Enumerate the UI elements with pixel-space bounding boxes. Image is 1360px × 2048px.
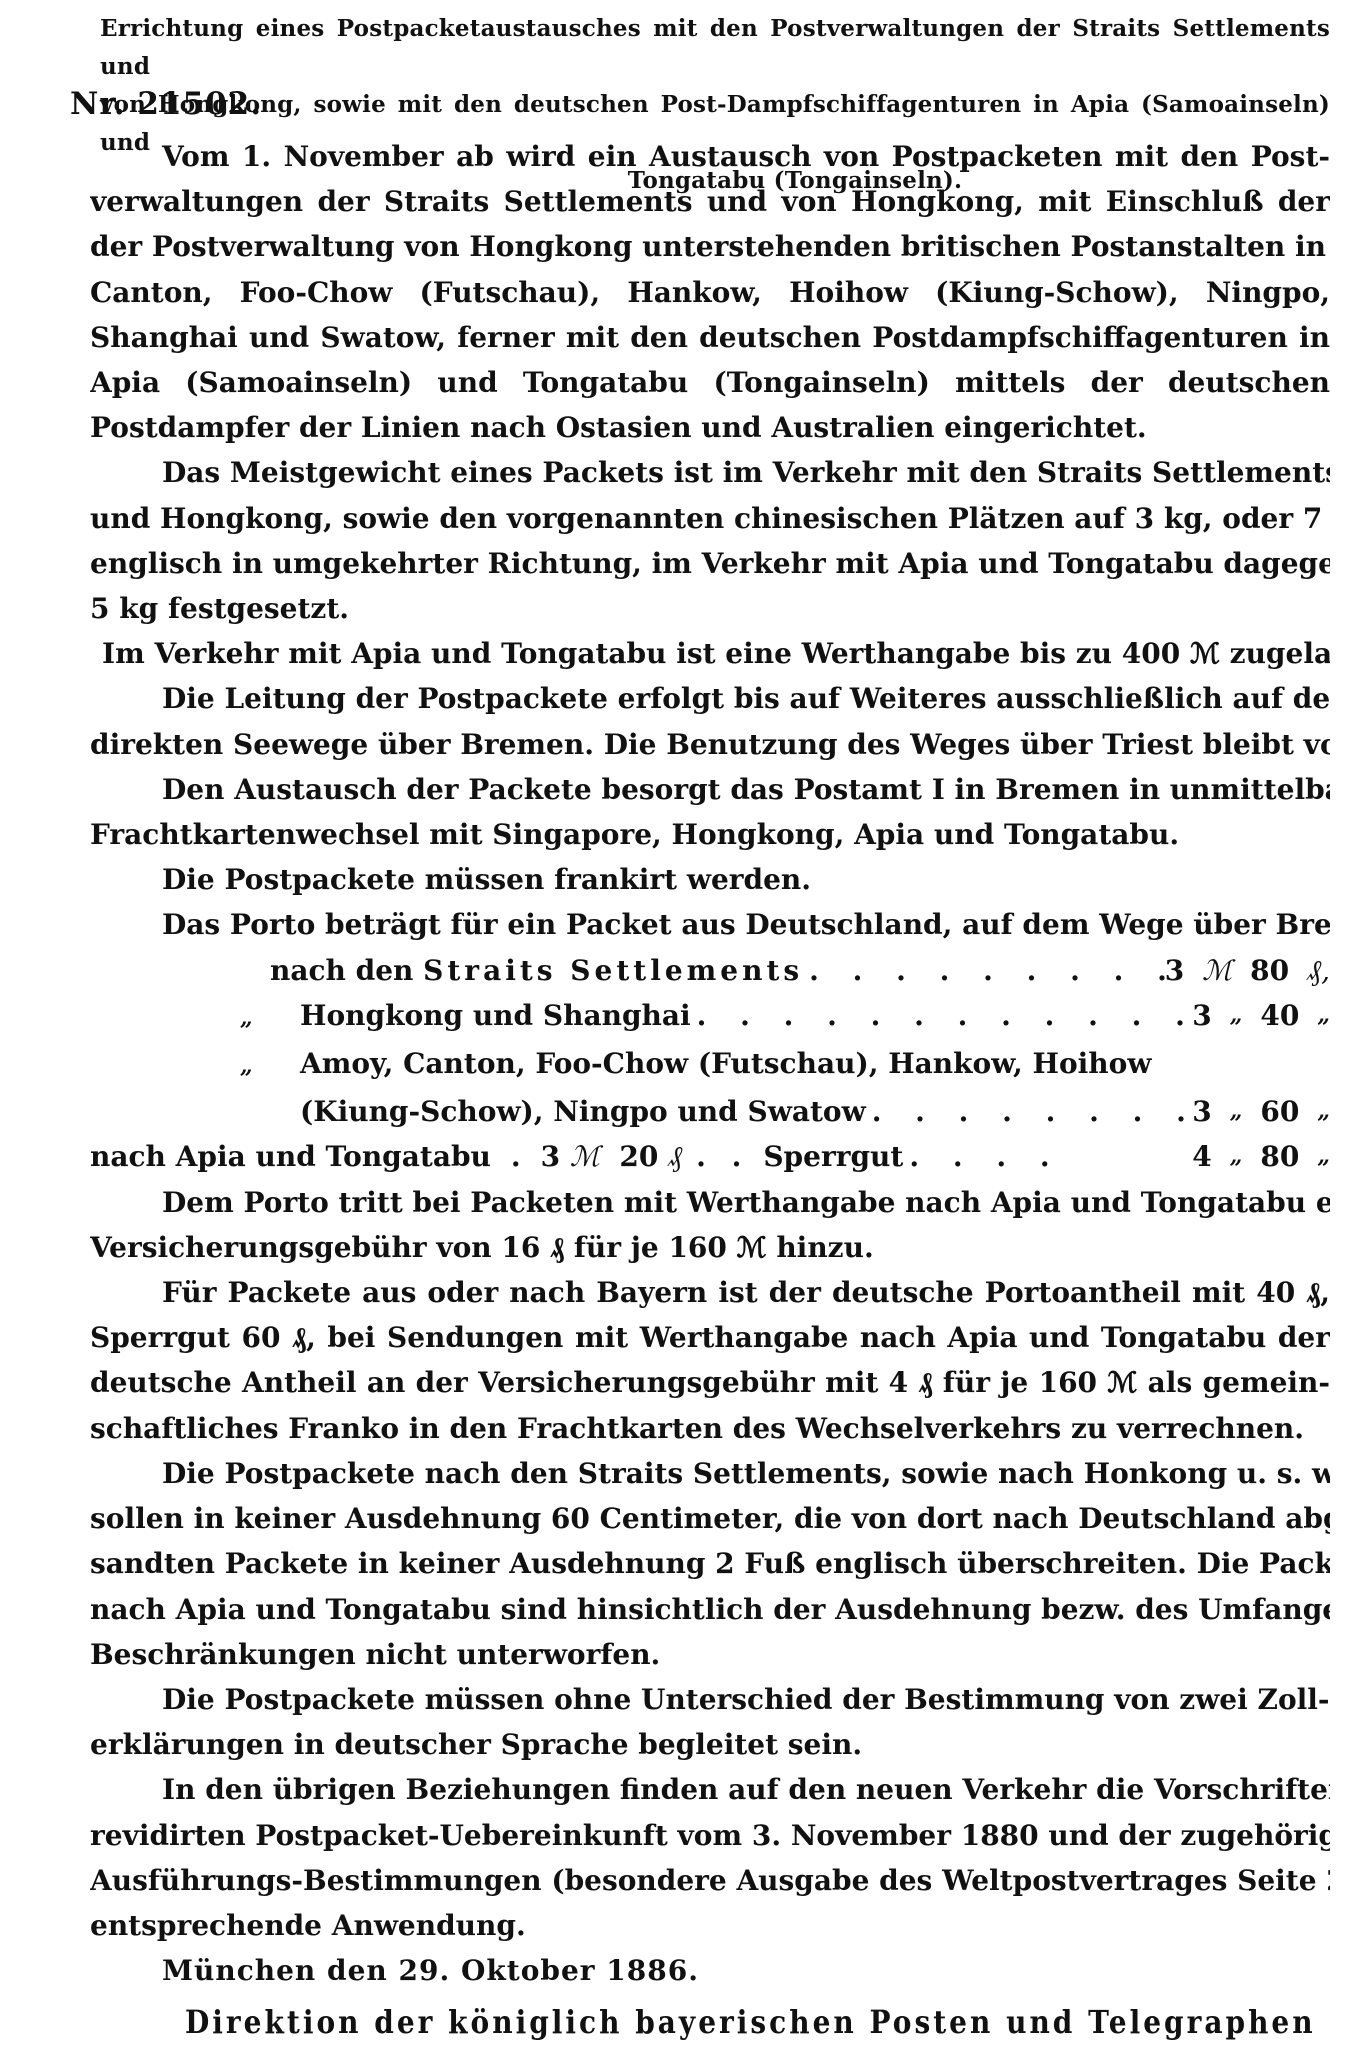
text-line: Versicherungsgebühr von 16 ₰ für je 160 … (90, 1225, 1330, 1270)
dot-leader: . . . . . . . . . . . . . . (691, 993, 1193, 1038)
text-line: Postdampfer der Linien nach Ostasien und… (90, 405, 1330, 450)
text-line: sollen in keiner Ausdehnung 60 Centimete… (90, 1496, 1330, 1541)
text-line: direkten Seewege über Bremen. Die Benutz… (90, 722, 1330, 767)
text-line: Apia (Samoainseln) und Tongatabu (Tongai… (90, 360, 1330, 405)
rate-mark: 3 (541, 1134, 560, 1179)
document-body: Vom 1. November ab wird ein Austausch vo… (90, 134, 1330, 1993)
place-and-date: München den 29. Oktober 1886. (90, 1948, 1330, 1993)
paragraph-declared-value: Im Verkehr mit Apia und Tongatabu ist ei… (90, 631, 1330, 676)
text-line: nach Apia und Tongatabu sind hinsichtlic… (90, 1587, 1330, 1632)
rate-prefix: nach den (270, 954, 413, 987)
rate-mark: 3 (1192, 993, 1211, 1038)
rate-destination: Amoy, Canton, Foo-Chow (Futschau), Hanko… (300, 1047, 1151, 1080)
text-line: Canton, Foo-Chow (Futschau), Hankow, Hoi… (90, 270, 1330, 315)
text-line: schaftliches Franko in den Frachtkarten … (90, 1406, 1330, 1451)
signature-authority: Direktion der königlich bayerischen Post… (185, 2003, 1316, 2041)
rate-pfennig: 40 (1260, 993, 1299, 1038)
rate-mark: 3 (1165, 948, 1184, 993)
dot-leader: . (491, 1134, 541, 1179)
paragraph-regulations: In den übrigen Beziehungen finden auf de… (90, 1767, 1330, 1948)
rate-destination: Straits Settlements (423, 954, 803, 987)
text-line: Frachtkartenwechsel mit Singapore, Hongk… (90, 812, 1330, 857)
ditto-mark: „ (1317, 1134, 1330, 1179)
text-line: 5 kg festgesetzt. (90, 586, 1330, 631)
pfennig-symbol: ₰, (1307, 948, 1330, 993)
rate-row-chinese-ports: „Amoy, Canton, Foo-Chow (Futschau), Hank… (90, 1041, 1330, 1089)
text-line: Ausführungs-Bestimmungen (besondere Ausg… (90, 1858, 1330, 1903)
text-line: Das Porto beträgt für ein Packet aus Deu… (90, 902, 1330, 947)
text-line: Dem Porto tritt bei Packeten mit Werthan… (90, 1180, 1330, 1225)
text-line: englisch in umgekehrter Richtung, im Ver… (90, 541, 1330, 586)
text-line: Den Austausch der Packete besorgt das Po… (90, 767, 1330, 812)
rate-destination: Hongkong und Shanghai (300, 999, 691, 1032)
pfennig-symbol: ₰ (668, 1134, 682, 1179)
mark-symbol: ℳ (1202, 948, 1232, 993)
ditto-mark: „ (1230, 1089, 1243, 1134)
text-line: Das Meistgewicht eines Packets ist im Ve… (90, 450, 1330, 495)
text-line: Im Verkehr mit Apia und Tongatabu ist ei… (90, 631, 1330, 676)
paragraph-insurance-fee: Dem Porto tritt bei Packeten mit Werthan… (90, 1180, 1330, 1270)
text-line: verwaltungen der Straits Settlements und… (90, 179, 1330, 224)
dot-leader: . . . . . . . . (866, 1089, 1193, 1134)
text-line: sandten Packete in keiner Ausdehnung 2 F… (90, 1541, 1330, 1586)
paragraph-weight: Das Meistgewicht eines Packets ist im Ve… (90, 450, 1330, 631)
text-line: Die Postpackete nach den Straits Settlem… (90, 1451, 1330, 1496)
heading-line: Errichtung eines Postpacketaustausches m… (100, 10, 1330, 86)
paragraph-dimensions: Die Postpackete nach den Straits Settlem… (90, 1451, 1330, 1677)
rate-row-hongkong: „Hongkong und Shanghai . . . . . . . . .… (90, 993, 1330, 1041)
rate-mark: 4 (1192, 1134, 1211, 1179)
rate-row-apia: nach Apia und Tongatabu . 3 ℳ 20 ₰ . . S… (90, 1134, 1330, 1179)
text-line: Für Packete aus oder nach Bayern ist der… (90, 1270, 1330, 1315)
rate-row-straits: nach den Straits Settlements . . . . . .… (90, 948, 1330, 993)
dot-leader: . . . . (903, 1134, 1192, 1179)
text-line: Sperrgut 60 ₰, bei Sendungen mit Werthan… (90, 1315, 1330, 1360)
text-line: und Hongkong, sowie den vorgenannten chi… (90, 496, 1330, 541)
text-line: Beschränkungen nicht unterworfen. (90, 1632, 1330, 1677)
text-line: deutsche Antheil an der Versicherungsgeb… (90, 1360, 1330, 1405)
rate-destination: nach Apia und Tongatabu (90, 1134, 491, 1179)
bulky-goods-label: Sperrgut (763, 1134, 903, 1179)
text-line: Die Leitung der Postpackete erfolgt bis … (90, 676, 1330, 721)
text-line: In den übrigen Beziehungen finden auf de… (90, 1767, 1330, 1812)
paragraph-prepaid: Die Postpackete müssen frankirt werden. (90, 857, 1330, 902)
rate-pfennig: 20 (619, 1134, 658, 1179)
text-line: der Postverwaltung von Hongkong unterste… (90, 224, 1330, 269)
paragraph-exchange-office: Den Austausch der Packete besorgt das Po… (90, 767, 1330, 857)
rate-pfennig: 60 (1260, 1089, 1299, 1134)
text-line: revidirten Postpacket-Uebereinkunft vom … (90, 1813, 1330, 1858)
mark-symbol: ℳ (570, 1134, 600, 1179)
dot-leader: . . (682, 1134, 763, 1179)
text-line: Shanghai und Swatow, ferner mit den deut… (90, 315, 1330, 360)
text-line: Die Postpackete müssen ohne Unterschied … (90, 1677, 1330, 1722)
paragraph-exchange: Vom 1. November ab wird ein Austausch vo… (90, 134, 1330, 450)
ditto-mark: „ (240, 1044, 300, 1089)
text-line: entsprechende Anwendung. (90, 1903, 1330, 1948)
rate-pfennig: 80 (1260, 1134, 1299, 1179)
rate-row-chinese-ports-cont: (Kiung-Schow), Ningpo und Swatow . . . .… (90, 1089, 1330, 1134)
ditto-mark: „ (1230, 1134, 1243, 1179)
dot-leader: . . . . . . . . . . . . . . (803, 948, 1165, 993)
text-line: Vom 1. November ab wird ein Austausch vo… (90, 134, 1330, 179)
document-page: Errichtung eines Postpacketaustausches m… (0, 0, 1360, 2048)
rate-mark: 3 (1192, 1089, 1211, 1134)
ditto-mark: „ (240, 996, 300, 1041)
paragraph-bavaria: Für Packete aus oder nach Bayern ist der… (90, 1270, 1330, 1451)
ditto-mark: „ (1317, 1089, 1330, 1134)
ditto-mark: „ (1317, 993, 1330, 1038)
paragraph-customs: Die Postpackete müssen ohne Unterschied … (90, 1677, 1330, 1767)
decree-number: Nr. 21502. (70, 86, 262, 122)
paragraph-postage-intro: Das Porto beträgt für ein Packet aus Deu… (90, 902, 1330, 947)
text-line: erklärungen in deutscher Sprache begleit… (90, 1722, 1330, 1767)
paragraph-routing: Die Leitung der Postpackete erfolgt bis … (90, 676, 1330, 766)
rate-pfennig: 80 (1250, 948, 1289, 993)
ditto-mark: „ (1230, 993, 1243, 1038)
postage-rate-table: nach den Straits Settlements . . . . . .… (90, 948, 1330, 1180)
text-line: Die Postpackete müssen frankirt werden. (90, 857, 1330, 902)
rate-destination-cont: (Kiung-Schow), Ningpo und Swatow (300, 1089, 866, 1134)
